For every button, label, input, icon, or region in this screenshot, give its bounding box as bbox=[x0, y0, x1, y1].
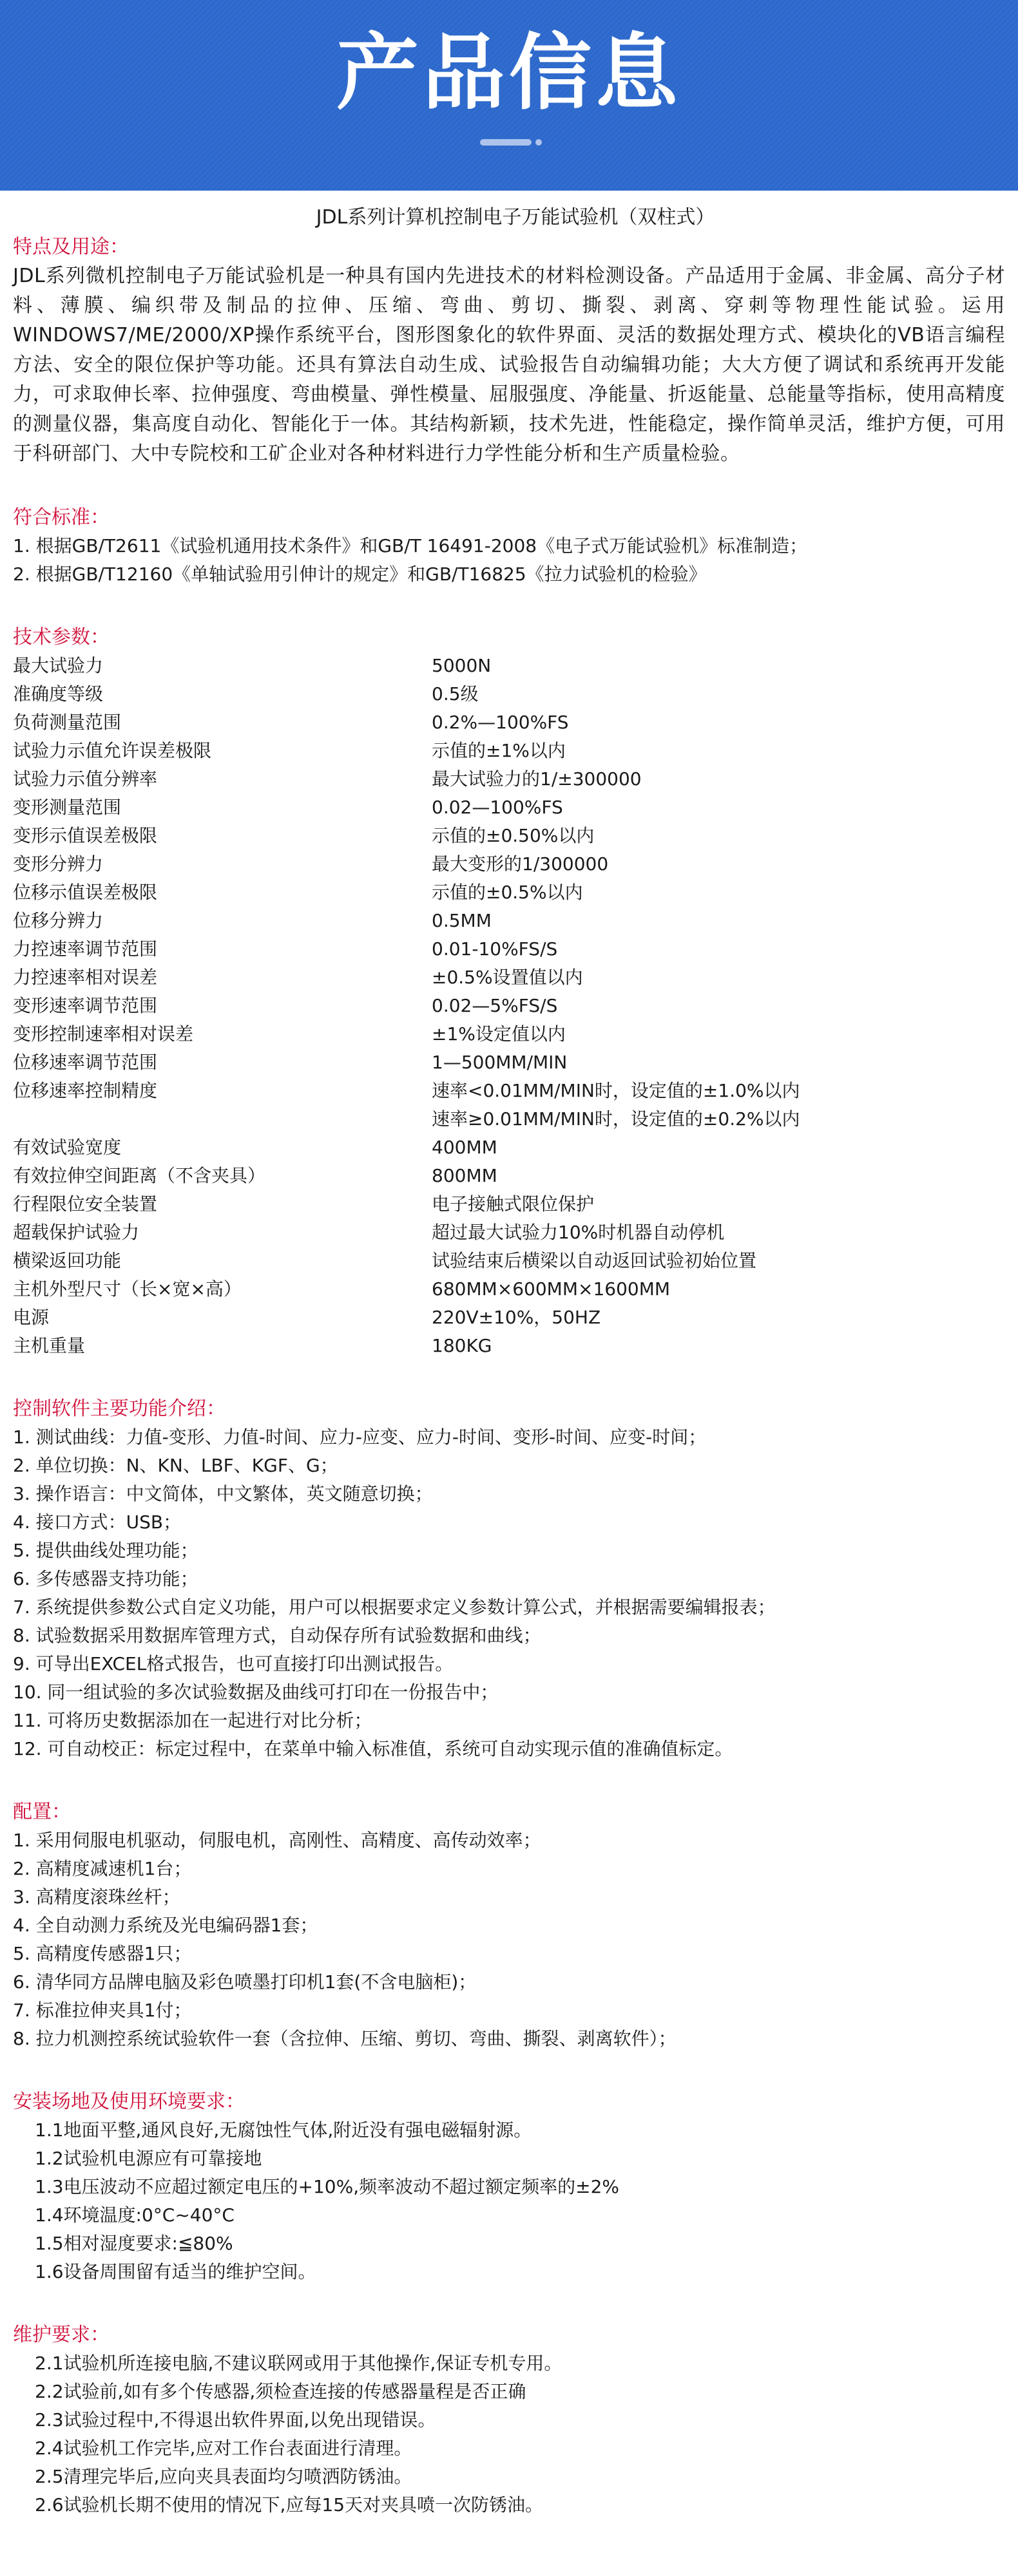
maintenance-item: 2.3试验过程中,不得退出软件界面,以免出现错误。 bbox=[13, 2406, 1005, 2434]
spec-row: 行程限位安全装置电子接触式限位保护 bbox=[13, 1190, 1005, 1218]
configuration-item: 1. 采用伺服电机驱动，伺服电机，高刚性、高精度、高传动效率； bbox=[13, 1826, 1005, 1855]
spec-row: 力控速率调节范围0.01-10%FS/S bbox=[13, 935, 1005, 963]
configuration-item: 6. 清华同方品牌电脑及彩色喷墨打印机1套(不含电脑柜)； bbox=[13, 1968, 1005, 1996]
spec-value: 5000N bbox=[432, 652, 1005, 680]
spec-value: 0.5MM bbox=[432, 907, 1005, 935]
spec-row: 主机外型尺寸（长×宽×高）680MM×600MM×1600MM bbox=[13, 1275, 1005, 1303]
spec-label: 变形控制速率相对误差 bbox=[13, 1020, 432, 1048]
spec-label: 主机外型尺寸（长×宽×高） bbox=[13, 1275, 432, 1303]
spec-label: 位移速率调节范围 bbox=[13, 1048, 432, 1077]
spec-value: 示值的±0.50%以内 bbox=[432, 822, 1005, 850]
section-features: 特点及用途： JDL系列微机控制电子万能试验机是一种具有国内先进技术的材料检测设… bbox=[13, 233, 1005, 469]
software-item: 9. 可导出EXCEL格式报告，也可直接打印出测试报告。 bbox=[13, 1650, 1005, 1678]
installation-item: 1.4环境温度:0°C~40°C bbox=[13, 2201, 1005, 2230]
software-item: 5. 提供曲线处理功能； bbox=[13, 1537, 1005, 1565]
spec-label: 行程限位安全装置 bbox=[13, 1190, 432, 1218]
spec-value: 电子接触式限位保护 bbox=[432, 1190, 1005, 1218]
configuration-item: 2. 高精度减速机1台； bbox=[13, 1855, 1005, 1883]
software-item: 11. 可将历史数据添加在一起进行对比分析； bbox=[13, 1707, 1005, 1735]
section-heading-installation: 安装场地及使用环境要求： bbox=[13, 2088, 1005, 2116]
spec-row: 横梁返回功能试验结束后横梁以自动返回试验初始位置 bbox=[13, 1247, 1005, 1275]
spec-value-line: 速率<0.01MM/MIN时，设定值的±1.0%以内 bbox=[432, 1077, 1005, 1105]
divider-bar bbox=[480, 139, 532, 146]
spec-row: 变形速率调节范围0.02—5%FS/S bbox=[13, 992, 1005, 1020]
spec-value-line: 速率≥0.01MM/MIN时，设定值的±0.2%以内 bbox=[432, 1105, 1005, 1133]
software-item: 10. 同一组试验的多次试验数据及曲线可打印在一份报告中； bbox=[13, 1678, 1005, 1707]
software-item: 3. 操作语言：中文简体，中文繁体，英文随意切换； bbox=[13, 1480, 1005, 1508]
spec-value: 400MM bbox=[432, 1133, 1005, 1162]
spec-label: 变形分辨力 bbox=[13, 850, 432, 878]
configuration-item: 4. 全自动测力系统及光电编码器1套； bbox=[13, 1911, 1005, 1940]
spec-value: 最大变形的1/300000 bbox=[432, 850, 1005, 878]
software-item: 12. 可自动校正：标定过程中，在菜单中输入标准值，系统可自动实现示值的准确值标… bbox=[13, 1735, 1005, 1763]
maintenance-item: 2.6试验机长期不使用的情况下,应每15天对夹具喷一次防锈油。 bbox=[13, 2491, 1005, 2519]
software-item: 4. 接口方式：USB； bbox=[13, 1508, 1005, 1537]
maintenance-item: 2.5清理完毕后,应向夹具表面均匀喷洒防锈油。 bbox=[13, 2463, 1005, 2491]
spec-label: 最大试验力 bbox=[13, 652, 432, 680]
installation-item: 1.6设备周围留有适当的维护空间。 bbox=[13, 2258, 1005, 2286]
standard-item: 2. 根据GB/T12160《单轴试验用引伸计的规定》和GB/T16825《拉力… bbox=[13, 560, 1005, 589]
installation-item: 1.3电压波动不应超过额定电压的+10%,频率波动不超过额定频率的±2% bbox=[13, 2173, 1005, 2201]
spec-row: 试验力示值允许误差极限示值的±1%以内 bbox=[13, 737, 1005, 765]
maintenance-item: 2.2试验前,如有多个传感器,须检查连接的传感器量程是否正确 bbox=[13, 2378, 1005, 2406]
configuration-item: 7. 标准拉伸夹具1付； bbox=[13, 1996, 1005, 2025]
section-heading-features: 特点及用途： bbox=[13, 233, 1005, 261]
spec-row: 主机重量180KG bbox=[13, 1332, 1005, 1360]
spec-row: 变形分辨力最大变形的1/300000 bbox=[13, 850, 1005, 878]
spec-label: 位移示值误差极限 bbox=[13, 878, 432, 907]
section-heading-specs: 技术参数： bbox=[13, 623, 1005, 652]
document-title: JDL系列计算机控制电子万能试验机（双柱式） bbox=[13, 205, 1005, 231]
spec-row: 电源220V±10%，50HZ bbox=[13, 1303, 1005, 1332]
spec-label: 准确度等级 bbox=[13, 680, 432, 708]
section-software: 控制软件主要功能介绍： 1. 测试曲线：力值-变形、力值-时间、应力-应变、应力… bbox=[13, 1395, 1005, 1763]
spec-row: 力控速率相对误差±0.5%设置值以内 bbox=[13, 963, 1005, 992]
spec-row: 变形示值误差极限示值的±0.50%以内 bbox=[13, 822, 1005, 850]
spec-row: 位移分辨力0.5MM bbox=[13, 907, 1005, 935]
section-heading-maintenance: 维护要求： bbox=[13, 2321, 1005, 2349]
section-heading-configuration: 配置： bbox=[13, 1798, 1005, 1826]
spec-value: 0.2%—100%FS bbox=[432, 708, 1005, 737]
section-maintenance: 维护要求： 2.1试验机所连接电脑,不建议联网或用于其他操作,保证专机专用。 2… bbox=[13, 2321, 1005, 2519]
spec-label: 变形示值误差极限 bbox=[13, 822, 432, 850]
spec-value: 速率<0.01MM/MIN时，设定值的±1.0%以内速率≥0.01MM/MIN时… bbox=[432, 1077, 1005, 1133]
spec-label: 负荷测量范围 bbox=[13, 708, 432, 737]
spec-value: 800MM bbox=[432, 1162, 1005, 1190]
spec-label: 位移分辨力 bbox=[13, 907, 432, 935]
spec-label: 变形速率调节范围 bbox=[13, 992, 432, 1020]
software-item: 7. 系统提供参数公式自定义功能，用户可以根据要求定义参数计算公式，并根据需要编… bbox=[13, 1593, 1005, 1622]
spec-label: 试验力示值允许误差极限 bbox=[13, 737, 432, 765]
spec-value: 0.02—100%FS bbox=[432, 793, 1005, 822]
spec-label: 有效试验宽度 bbox=[13, 1133, 432, 1162]
installation-item: 1.1地面平整,通风良好,无腐蚀性气体,附近没有强电磁辐射源。 bbox=[13, 2116, 1005, 2145]
spec-label: 电源 bbox=[13, 1303, 432, 1332]
banner: 产品信息 bbox=[0, 0, 1018, 191]
section-heading-software: 控制软件主要功能介绍： bbox=[13, 1395, 1005, 1423]
spec-value: 180KG bbox=[432, 1332, 1005, 1360]
spec-label: 有效拉伸空间距离（不含夹具） bbox=[13, 1162, 432, 1190]
installation-item: 1.2试验机电源应有可靠接地 bbox=[13, 2145, 1005, 2173]
spec-value: ±0.5%设置值以内 bbox=[432, 963, 1005, 992]
spec-row: 变形测量范围0.02—100%FS bbox=[13, 793, 1005, 822]
spec-value: 0.5级 bbox=[432, 680, 1005, 708]
spec-row: 有效试验宽度400MM bbox=[13, 1133, 1005, 1162]
spec-row: 变形控制速率相对误差±1%设定值以内 bbox=[13, 1020, 1005, 1048]
maintenance-item: 2.4试验机工作完毕,应对工作台表面进行清理。 bbox=[13, 2434, 1005, 2463]
spec-row: 最大试验力5000N bbox=[13, 652, 1005, 680]
spec-label: 主机重量 bbox=[13, 1332, 432, 1360]
spec-row: 有效拉伸空间距离（不含夹具）800MM bbox=[13, 1162, 1005, 1190]
software-item: 1. 测试曲线：力值-变形、力值-时间、应力-应变、应力-时间、变形-时间、应变… bbox=[13, 1423, 1005, 1452]
spec-row: 位移速率控制精度速率<0.01MM/MIN时，设定值的±1.0%以内速率≥0.0… bbox=[13, 1077, 1005, 1133]
software-item: 8. 试验数据采用数据库管理方式，自动保存所有试验数据和曲线； bbox=[13, 1622, 1005, 1650]
configuration-item: 5. 高精度传感器1只； bbox=[13, 1940, 1005, 1968]
spec-value: 超过最大试验力10%时机器自动停机 bbox=[432, 1218, 1005, 1247]
spec-value: 0.02—5%FS/S bbox=[432, 992, 1005, 1020]
banner-title: 产品信息 bbox=[0, 28, 1018, 118]
spec-label: 力控速率相对误差 bbox=[13, 963, 432, 992]
section-installation: 安装场地及使用环境要求： 1.1地面平整,通风良好,无腐蚀性气体,附近没有强电磁… bbox=[13, 2088, 1005, 2286]
maintenance-item: 2.1试验机所连接电脑,不建议联网或用于其他操作,保证专机专用。 bbox=[13, 2349, 1005, 2378]
spec-value: 0.01-10%FS/S bbox=[432, 935, 1005, 963]
spec-value: 1—500MM/MIN bbox=[432, 1048, 1005, 1077]
spec-row: 负荷测量范围0.2%—100%FS bbox=[13, 708, 1005, 737]
section-configuration: 配置： 1. 采用伺服电机驱动，伺服电机，高刚性、高精度、高传动效率； 2. 高… bbox=[13, 1798, 1005, 2053]
spec-row: 超载保护试验力超过最大试验力10%时机器自动停机 bbox=[13, 1218, 1005, 1247]
section-specs: 技术参数： 最大试验力5000N 准确度等级0.5级 负荷测量范围0.2%—10… bbox=[13, 623, 1005, 1360]
section-standards: 符合标准： 1. 根据GB/T2611《试验机通用技术条件》和GB/T 1649… bbox=[13, 504, 1005, 589]
spec-value: 试验结束后横梁以自动返回试验初始位置 bbox=[432, 1247, 1005, 1275]
spec-label: 超载保护试验力 bbox=[13, 1218, 432, 1247]
spec-value: 220V±10%，50HZ bbox=[432, 1303, 1005, 1332]
spec-label: 横梁返回功能 bbox=[13, 1247, 432, 1275]
spec-row: 位移速率调节范围1—500MM/MIN bbox=[13, 1048, 1005, 1077]
spec-value: 示值的±1%以内 bbox=[432, 737, 1005, 765]
spec-label: 力控速率调节范围 bbox=[13, 935, 432, 963]
spec-label: 位移速率控制精度 bbox=[13, 1077, 432, 1133]
standard-item: 1. 根据GB/T2611《试验机通用技术条件》和GB/T 16491-2008… bbox=[13, 532, 1005, 560]
document-body: JDL系列计算机控制电子万能试验机（双柱式） 特点及用途： JDL系列微机控制电… bbox=[0, 205, 1018, 2545]
spec-label: 试验力示值分辨率 bbox=[13, 765, 432, 793]
configuration-item: 8. 拉力机测控系统试验软件一套（含拉伸、压缩、剪切、弯曲、撕裂、剥离软件）； bbox=[13, 2025, 1005, 2053]
spec-value: 示值的±0.5%以内 bbox=[432, 878, 1005, 907]
spec-value: 最大试验力的1/±300000 bbox=[432, 765, 1005, 793]
software-item: 6. 多传感器支持功能； bbox=[13, 1565, 1005, 1593]
features-paragraph: JDL系列微机控制电子万能试验机是一种具有国内先进技术的材料检测设备。产品适用于… bbox=[13, 261, 1005, 469]
spec-label: 变形测量范围 bbox=[13, 793, 432, 822]
spec-value: 680MM×600MM×1600MM bbox=[432, 1275, 1005, 1303]
spec-row: 准确度等级0.5级 bbox=[13, 680, 1005, 708]
spec-value: ±1%设定值以内 bbox=[432, 1020, 1005, 1048]
spec-row: 位移示值误差极限示值的±0.5%以内 bbox=[13, 878, 1005, 907]
installation-item: 1.5相对湿度要求:≦80% bbox=[13, 2230, 1005, 2258]
section-heading-standards: 符合标准： bbox=[13, 504, 1005, 532]
spec-row: 试验力示值分辨率最大试验力的1/±300000 bbox=[13, 765, 1005, 793]
banner-divider bbox=[480, 139, 542, 146]
configuration-item: 3. 高精度滚珠丝杆； bbox=[13, 1883, 1005, 1911]
software-item: 2. 单位切换：N、KN、LBF、KGF、G； bbox=[13, 1452, 1005, 1480]
divider-dot bbox=[535, 139, 542, 146]
spec-table: 最大试验力5000N 准确度等级0.5级 负荷测量范围0.2%—100%FS 试… bbox=[13, 652, 1005, 1360]
